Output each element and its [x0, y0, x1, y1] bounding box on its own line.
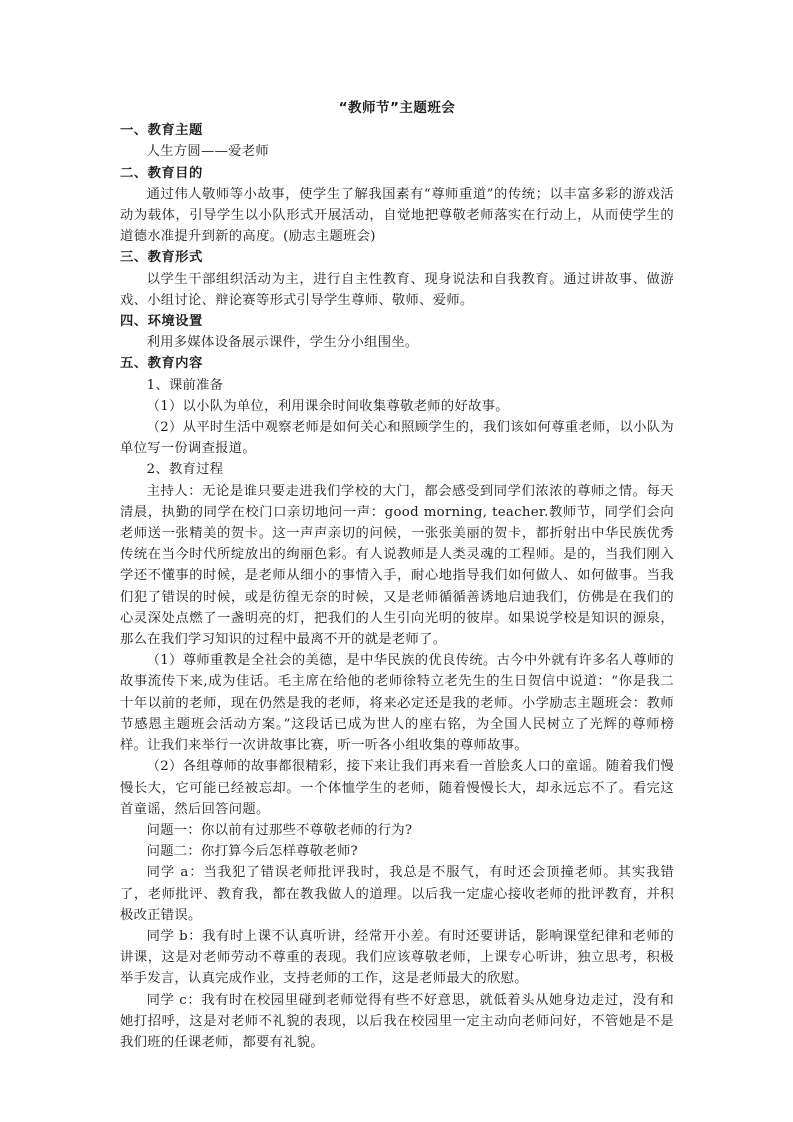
paragraph: （2）各组尊师的故事都很精彩，接下来让我们再来看一首脍炙人口的童谣。随着我们慢慢… [120, 756, 674, 820]
paragraph: 利用多媒体设备展示课件，学生分小组围坐。 [120, 332, 674, 353]
section-purpose: 二、教育目的 通过伟人敬师等小故事，使学生了解我国素有“尊师重道”的传统；以丰富… [120, 163, 674, 248]
section-heading: 三、教育形式 [120, 247, 674, 268]
section-content: 五、教育内容 1、课前准备 （1）以小队为单位，利用课余时间收集尊敬老师的好故事… [120, 353, 674, 1053]
paragraph: 通过伟人敬师等小故事，使学生了解我国素有“尊师重道”的传统；以丰富多彩的游戏活动… [120, 184, 674, 248]
student-c-answer: 同学 c：我有时在校园里碰到老师觉得有些不好意思，就低着头从她身边走过，没有和她… [120, 990, 674, 1054]
section-heading: 二、教育目的 [120, 163, 674, 184]
paragraph: 以学生干部组织活动为主，进行自主性教育、现身说法和自我教育。通过讲故事、做游戏、… [120, 269, 674, 311]
question-one: 问题一：你以前有过那些不尊敬老师的行为? [120, 820, 674, 841]
document-page: “教师节”主题班会 一、教育主题 人生方圆——爱老师 二、教育目的 通过伟人敬师… [120, 98, 674, 1053]
paragraph: （1）尊师重教是全社会的美德，是中华民族的优良传统。古今中外就有许多名人尊师的故… [120, 650, 674, 756]
section-heading: 五、教育内容 [120, 353, 674, 374]
paragraph: （2）从平时生活中观察老师是如何关心和照顾学生的，我们该如何尊重老师，以小队为单… [120, 417, 674, 459]
section-theme: 一、教育主题 人生方圆——爱老师 [120, 120, 674, 162]
paragraph: 人生方圆——爱老师 [120, 141, 674, 162]
document-title: “教师节”主题班会 [120, 98, 674, 119]
student-b-answer: 同学 b：我有时上课不认真听讲，经常开小差。有时还要讲话，影响课堂纪律和老师的讲… [120, 926, 674, 990]
section-heading: 四、环境设置 [120, 311, 674, 332]
section-environment: 四、环境设置 利用多媒体设备展示课件，学生分小组围坐。 [120, 311, 674, 353]
question-two: 问题二：你打算今后怎样尊敬老师? [120, 841, 674, 862]
subheading-preparation: 1、课前准备 [120, 375, 674, 396]
paragraph-host: 主持人：无论是谁只要走进我们学校的大门，都会感受到同学们浓浓的尊师之情。每天清晨… [120, 481, 674, 651]
section-format: 三、教育形式 以学生干部组织活动为主，进行自主性教育、现身说法和自我教育。通过讲… [120, 247, 674, 311]
subheading-process: 2、教育过程 [120, 459, 674, 480]
section-heading: 一、教育主题 [120, 120, 674, 141]
paragraph: （1）以小队为单位，利用课余时间收集尊敬老师的好故事。 [120, 396, 674, 417]
student-a-answer: 同学 a：当我犯了错误老师批评我时，我总是不服气，有时还会顶撞老师。其实我错了，… [120, 862, 674, 926]
